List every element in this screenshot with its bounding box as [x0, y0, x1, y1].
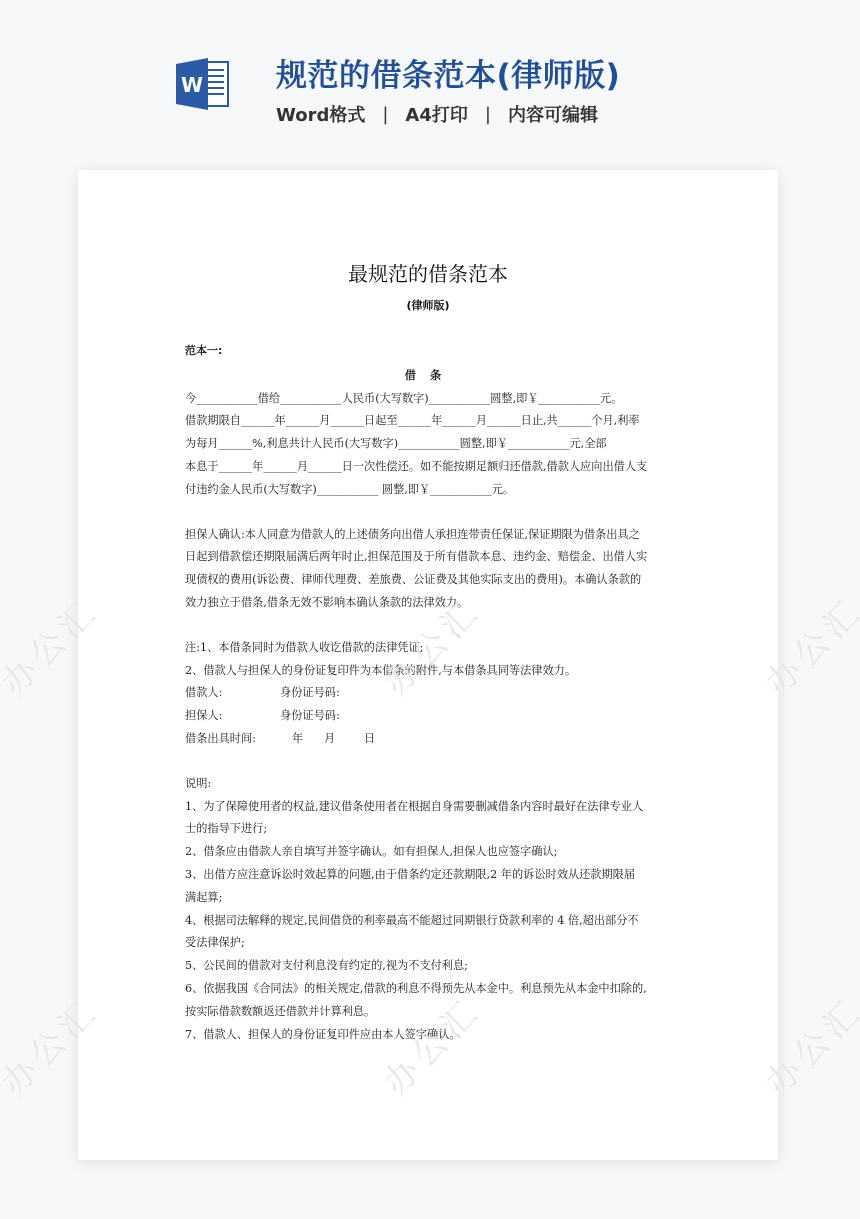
explanation-line: 4、根据司法解释的规定,民间借贷的利率最高不能超过同期银行贷款利率的 4 倍,超… — [185, 910, 675, 933]
borrower-id-label: 身份证号码: — [280, 682, 340, 705]
loan-clause-line: 借款期限自______年______月______日起至______年_____… — [185, 410, 675, 433]
explanation-line: 7、借款人、担保人的身份证复印件应由本人签字确认。 — [185, 1024, 675, 1047]
explanation-line: 受法律保护; — [185, 932, 675, 955]
issue-date-row: 借条出具时间: 年 月 日 — [185, 728, 675, 751]
document-subtitle: (律师版) — [78, 297, 778, 313]
tag-editable: 内容可编辑 — [508, 101, 598, 127]
notes: 注:1、本借条同时为借款人收讫借款的法律凭证; 2、借款人与担保人的身份证复印件… — [185, 637, 675, 683]
explanations: 说明: 1、为了保障使用者的权益,建议借条使用者在根据自身需要删减借条内容时最好… — [185, 773, 675, 1047]
loan-clause-line: 今___________借给___________人民币(大写数字)______… — [185, 388, 675, 411]
word-icon: W — [176, 58, 230, 110]
explanation-line: 5、公民间的借款对支付利息没有约定的,视为不支付利息; — [185, 955, 675, 978]
explanation-line: 2、借条应由借款人亲自填写并签字确认。如有担保人,担保人也应签字确认; — [185, 841, 675, 864]
guarantor-clause-line: 担保人确认:本人同意为借款人的上述债务向出借人承担连带责任保证,保证期限为借条出… — [185, 524, 675, 547]
guarantor-clause: 担保人确认:本人同意为借款人的上述债务向出借人承担连带责任保证,保证期限为借条出… — [185, 524, 675, 615]
explanation-line: 3、出借方应注意诉讼时效起算的问题,由于借条约定还款期限,2 年的诉讼时效从还款… — [185, 864, 675, 887]
tag-separator: | — [485, 104, 491, 125]
month-label: 月 — [324, 728, 364, 751]
note-heading: 借条 — [185, 365, 675, 388]
note-line: 2、借款人与担保人的身份证复印件为本借条的附件,与本借条具同等法律效力。 — [185, 660, 675, 683]
explanation-heading: 说明: — [185, 773, 675, 796]
tag-a4-print: A4打印 — [405, 101, 467, 127]
guarantor-id-label: 身份证号码: — [280, 705, 340, 728]
header-title: 规范的借条范本(律师版) — [276, 50, 620, 95]
sample-label: 范本一: — [185, 340, 675, 363]
day-label: 日 — [364, 728, 375, 751]
year-label: 年 — [292, 728, 324, 751]
loan-clause-line: 为每月______%,利息共计人民币(大写数字)___________圆整,即￥… — [185, 433, 675, 456]
explanation-line: 士的指导下进行; — [185, 818, 675, 841]
tag-word-format: Word格式 — [276, 101, 365, 127]
borrower-label: 借款人: — [185, 682, 280, 705]
loan-clause-line: 付违约金人民币(大写数字)___________ 圆整,即￥__________… — [185, 479, 675, 502]
loan-clause: 今___________借给___________人民币(大写数字)______… — [185, 388, 675, 502]
signature-block: 借款人: 身份证号码: 担保人: 身份证号码: 借条出具时间: 年 月 日 — [185, 682, 675, 750]
svg-text:W: W — [181, 73, 203, 97]
document-body: 范本一: 借条 今___________借给___________人民币(大写数… — [185, 340, 675, 1046]
header: W 规范的借条范本(律师版) Word格式 | A4打印 | 内容可编辑 — [0, 0, 860, 160]
guarantor-row: 担保人: 身份证号码: — [185, 705, 675, 728]
explanation-line: 按实际借款数额返还借款并计算利息。 — [185, 1001, 675, 1024]
header-tags: Word格式 | A4打印 | 内容可编辑 — [276, 101, 598, 127]
guarantor-clause-line: 效力独立于借条,借条无效不影响本确认条款的法律效力。 — [185, 592, 675, 615]
explanation-line: 6、依据我国《合同法》的相关规定,借款的利息不得预先从本金中。利息预先从本金中扣… — [185, 978, 675, 1001]
guarantor-clause-line: 日起到借款偿还期限届满后两年时止,担保范围及于所有借款本息、违约金、赔偿金、出借… — [185, 546, 675, 569]
guarantor-clause-line: 现债权的费用(诉讼费、律师代理费、差旅费、公证费及其他实际支出的费用)。本确认条… — [185, 569, 675, 592]
explanation-line: 满起算; — [185, 887, 675, 910]
tag-separator: | — [382, 104, 388, 125]
document-page: 最规范的借条范本 (律师版) 范本一: 借条 今___________借给___… — [78, 170, 778, 1160]
guarantor-label: 担保人: — [185, 705, 280, 728]
loan-clause-line: 本息于______年______月______日一次性偿还。如不能按期足额归还借… — [185, 456, 675, 479]
note-line: 注:1、本借条同时为借款人收讫借款的法律凭证; — [185, 637, 675, 660]
explanation-line: 1、为了保障使用者的权益,建议借条使用者在根据自身需要删减借条内容时最好在法律专… — [185, 796, 675, 819]
document-title: 最规范的借条范本 — [78, 258, 778, 287]
issue-date-label: 借条出具时间: — [185, 728, 292, 751]
borrower-row: 借款人: 身份证号码: — [185, 682, 675, 705]
